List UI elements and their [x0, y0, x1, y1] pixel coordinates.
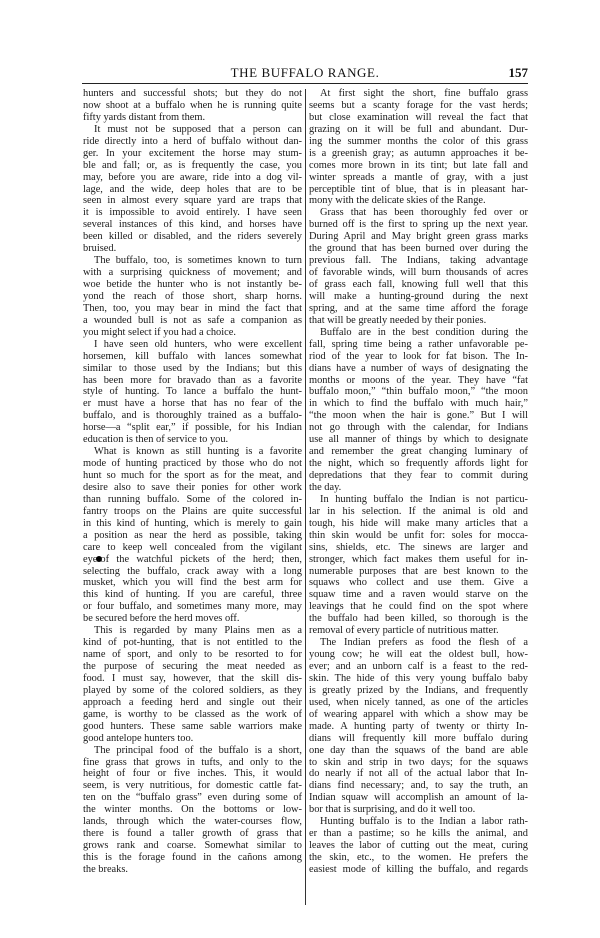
text-line: lar in his selection. If the animal is o… [309, 506, 528, 518]
text-line: seem, is very nutritious, for domestic c… [83, 780, 302, 792]
text-line: sins, shields, etc. The sinews are large… [309, 542, 528, 554]
text-line: What is known as still hunting is a favo… [83, 446, 302, 458]
text-line: skin. The hide of this very young buffal… [309, 673, 528, 685]
text-line: dians have a number of ways of designati… [309, 363, 528, 375]
ink-blot-mark [96, 556, 102, 562]
text-line: height of four or five inches. This, it … [83, 768, 302, 780]
text-line: removal of every particle of nutritious … [309, 625, 528, 637]
text-line: may, before you are aware, ride into a d… [83, 172, 302, 184]
text-line: depredations that they fear to commit du… [309, 470, 528, 482]
text-line: kind of pot-hunting, that is not entitle… [83, 637, 302, 649]
text-line: several instances of this kind, and hors… [83, 219, 302, 231]
text-line: Buffalo are in the best condition during… [309, 327, 528, 339]
text-line: easiest mode of killing the buffalo, and… [309, 864, 528, 876]
text-line: seems but a scanty forage for the vast h… [309, 100, 528, 112]
text-line: is a greenish gray; as autumn approaches… [309, 148, 528, 160]
text-line: The Indian prefers as food the flesh of … [309, 637, 528, 649]
text-line: than running buffalo. Some of the colore… [83, 494, 302, 506]
text-line: lage, and the wide, deep holes that are … [83, 184, 302, 196]
text-line: with a surprising quickness of movement;… [83, 267, 302, 279]
text-line: good antelope hunters too. [83, 733, 302, 745]
text-line: months or moons of the year. They have “… [309, 375, 528, 387]
text-line: thin skin would be unfit for: soles for … [309, 530, 528, 542]
text-line: mony with the delicate skies of the Rang… [309, 195, 528, 207]
text-line: squaw time and a raven would starve on t… [309, 589, 528, 601]
right-column: At first sight the short, fine buffalo g… [309, 88, 528, 876]
text-line: the night, which so frequently affords l… [309, 458, 528, 470]
text-line: fall, spring time being a rather unfavor… [309, 339, 528, 351]
running-head: THE BUFFALO RANGE. 157 [82, 62, 528, 82]
text-line: squaws who collect and use them. Give a [309, 577, 528, 589]
text-line: eyeof the watchful pickets of the herd; … [83, 554, 302, 566]
text-line: bor that is surprising, and do it well t… [309, 804, 528, 816]
text-line: fine grass that grows in tufts, and only… [83, 757, 302, 769]
text-line: fantry troops on the Plains are quite su… [83, 506, 302, 518]
text-line: ever; and an unborn calf is a feast to t… [309, 661, 528, 673]
text-line: a wounded bull is not as safe a companio… [83, 315, 302, 327]
text-line: musket, which you will find the best arm… [83, 577, 302, 589]
text-line: similar to those used by the Indians; bu… [83, 363, 302, 375]
text-line: it is impossible to avoid entirely. I ha… [83, 207, 302, 219]
text-line: been killed or disabled, and the riders … [83, 231, 302, 243]
left-column: hunters and successful shots; but they d… [83, 88, 302, 876]
text-line: and remember the great changing luminary… [309, 446, 528, 458]
page-number: 157 [509, 65, 529, 81]
text-line: fifty yards distant from them. [83, 112, 302, 124]
text-line: the skin, etc., to the women. He prefers… [309, 852, 528, 864]
text-line: the winter months. On the bottoms or low… [83, 804, 302, 816]
text-line: made. A hunting party of twenty or thirt… [309, 721, 528, 733]
text-line: horsemen, kill buffalo with lances somew… [83, 351, 302, 363]
text-line: stronger, which fact makes them useful f… [309, 554, 528, 566]
text-line: one day than the squaws of the band are … [309, 745, 528, 757]
text-line: that will be greatly needed by their pon… [309, 315, 528, 327]
text-line: mode of hunting practiced by those who d… [83, 458, 302, 470]
text-line: At first sight the short, fine buffalo g… [309, 88, 528, 100]
text-line: style of hunting. To lance a buffalo the… [83, 386, 302, 398]
text-line: of favorable winds, will burn thousands … [309, 267, 528, 279]
text-line: ger. In your excitement the horse may st… [83, 148, 302, 160]
text-line: er than a pastime; so he kills the anima… [309, 828, 528, 840]
text-line: not go through with the calendar, for In… [309, 422, 528, 434]
text-line: The buffalo, too, is sometimes known to … [83, 255, 302, 267]
text-line: be secured before the herd moves off. [83, 613, 302, 625]
text-line: use all manner of things by which to des… [309, 434, 528, 446]
text-line: er must have a horse that has no fear of… [83, 398, 302, 410]
text-line: previous fall. The Indians, taking advan… [309, 255, 528, 267]
text-line: winter spreads a mantle of gray, with a … [309, 172, 528, 184]
text-line: education is then of service to you. [83, 434, 302, 446]
text-line: spring, and at the same time afford the … [309, 303, 528, 315]
text-line: but close examination will reveal the fa… [309, 112, 528, 124]
header-rule [82, 83, 528, 84]
text-line: used, when nicely tanned, as one of the … [309, 697, 528, 709]
text-line: yond the reach of those short, sharp hor… [83, 291, 302, 303]
text-line: ten on the “buffalo grass” even during s… [83, 792, 302, 804]
text-line: of grass each fall, knowing full well th… [309, 279, 528, 291]
text-line: there is found a taller growth of grass … [83, 828, 302, 840]
text-line: in which to find the buffalo with much h… [309, 398, 528, 410]
text-line: dians find necessary; and, to say the tr… [309, 780, 528, 792]
text-line: the purpose of securing the meat needed … [83, 661, 302, 673]
text-line: Grass that has been thoroughly fed over … [309, 207, 528, 219]
text-line: played by some of the colored soldiers, … [83, 685, 302, 697]
text-line: “the moon when the hair is gone.” But I … [309, 410, 528, 422]
text-line: hunt so much for the sport as for the me… [83, 470, 302, 482]
text-line: name of sport, and only to be resorted t… [83, 649, 302, 661]
text-line: the day. [309, 482, 528, 494]
text-line: hunters and successful shots; but they d… [83, 88, 302, 100]
text-line: in this kind of hunting, which is merely… [83, 518, 302, 530]
book-page: THE BUFFALO RANGE. 157 hunters and succe… [0, 0, 600, 938]
text-line: the breaks. [83, 864, 302, 876]
text-line: desire also to save their ponies for oth… [83, 482, 302, 494]
text-line: comes more brown in its tint; but late f… [309, 160, 528, 172]
text-line: or four buffalo, and sometimes many more… [83, 601, 302, 613]
text-line: selecting the buffalo, crack away with a… [83, 566, 302, 578]
text-line: you might select if you had a choice. [83, 327, 302, 339]
text-line: good hunters. These same sable warriors … [83, 721, 302, 733]
text-line: woe betide the hunter who is not instant… [83, 279, 302, 291]
text-line: of wearing apparel with which a show may… [309, 709, 528, 721]
text-line: I have seen old hunters, who were excell… [83, 339, 302, 351]
text-line: Indian squaw will accomplish an amount o… [309, 792, 528, 804]
text-line: lands, through which the water-courses f… [83, 816, 302, 828]
text-line: a position as near the herd as possible,… [83, 530, 302, 542]
text-line: dians will frequently kill more buffalo … [309, 733, 528, 745]
text-line: grows rank and coarse. Somewhat similar … [83, 840, 302, 852]
text-line: buffalo moon,” “thin buffalo moon,” “the… [309, 386, 528, 398]
text-line: riod of the year to look for fat bison. … [309, 351, 528, 363]
text-line: to skin and strip in two days; for the s… [309, 757, 528, 769]
text-line: In hunting buffalo the Indian is not par… [309, 494, 528, 506]
text-line: buffalo, and is thoroughly trained as a … [83, 410, 302, 422]
text-line: young cow; he will eat the oldest bull, … [309, 649, 528, 661]
text-line: now shoot at a buffalo when he is runnin… [83, 100, 302, 112]
text-line: bruised. [83, 243, 302, 255]
text-line: has been more for bravado than as a favo… [83, 375, 302, 387]
column-divider [305, 89, 306, 905]
text-line: ing the summer months the color of this … [309, 136, 528, 148]
text-line: perceptible tint of blue, that is in ple… [309, 184, 528, 196]
text-line: numerable purposes that are best known t… [309, 566, 528, 578]
text-line: care to keep well concealed from the vig… [83, 542, 302, 554]
text-line: burned off is the first to spring up the… [309, 219, 528, 231]
text-line: This is regarded by many Plains men as a [83, 625, 302, 637]
text-line: leaves the labor of cutting out the meat… [309, 840, 528, 852]
text-line: Hunting buffalo is to the Indian a labor… [309, 816, 528, 828]
text-line: approach a feeding herd and single out t… [83, 697, 302, 709]
text-line: game, is worthy to be classed as the wor… [83, 709, 302, 721]
text-line: grazing on it will be full and abundant.… [309, 124, 528, 136]
text-line: the ground that has been burned over dur… [309, 243, 528, 255]
text-line: The principal food of the buffalo is a s… [83, 745, 302, 757]
text-line: is greatly prized by the Indians, and fr… [309, 685, 528, 697]
text-line: Then, too, you may bear in mind the fact… [83, 303, 302, 315]
text-line: tough, his hide will make many articles … [309, 518, 528, 530]
text-line: horse—a “split ear,” if possible, for hi… [83, 422, 302, 434]
text-line: will make a hunting-ground during the ne… [309, 291, 528, 303]
text-line: food. I must say, however, that the skil… [83, 673, 302, 685]
text-line: During April and May bright green grass … [309, 231, 528, 243]
running-title: THE BUFFALO RANGE. [82, 65, 528, 81]
text-line: ble and fall; or, as is frequently the c… [83, 160, 302, 172]
text-line: seen in almost every square yard are tra… [83, 195, 302, 207]
text-line: this is the forage found in the cañons a… [83, 852, 302, 864]
text-line: do nearly if not all of the actual labor… [309, 768, 528, 780]
text-line: this kind of hunting. If you are careful… [83, 589, 302, 601]
text-line: the buffalo had been killed, so thorough… [309, 613, 528, 625]
text-line: leavings that he could find on the spot … [309, 601, 528, 613]
text-line: It must not be supposed that a person ca… [83, 124, 302, 136]
text-line: ride directly into a herd of buffalo wit… [83, 136, 302, 148]
